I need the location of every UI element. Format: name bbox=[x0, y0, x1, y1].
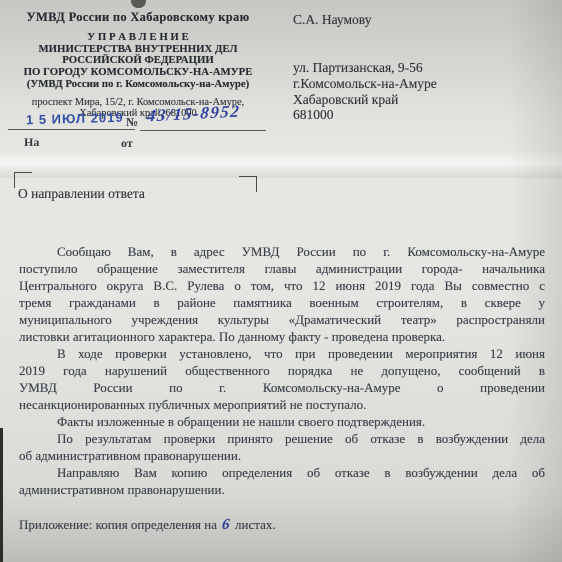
org-name-line: УМВД России по Хабаровскому краю bbox=[4, 10, 272, 25]
department-line: У П Р А В Л Е Н И Е bbox=[4, 32, 272, 44]
body-line: несанкционированных публичных мероприяти… bbox=[19, 396, 545, 413]
number-sign: № bbox=[126, 115, 138, 130]
addressee-name: С.А. Наумову bbox=[293, 12, 371, 28]
paper-fold-line bbox=[0, 150, 562, 178]
body-line: По результатам проверки принято решение … bbox=[19, 430, 545, 447]
document-page: УМВД России по Хабаровскому краю У П Р А… bbox=[0, 0, 562, 562]
body-line: Направляю Вам копию определения об отказ… bbox=[19, 464, 545, 481]
attachment-prefix: Приложение: копия определения на bbox=[19, 517, 220, 532]
body-line: Сообщаю Вам, в адрес УМВД России по г. К… bbox=[19, 243, 545, 260]
scan-edge-left bbox=[0, 428, 3, 562]
addressee-address: ул. Партизанская, 9-56 г.Комсомольск-на-… bbox=[293, 60, 437, 123]
body-line: УМВД России по г. Комсомольску-на-Амуре … bbox=[19, 379, 545, 396]
date-underline bbox=[8, 129, 135, 130]
body-line: В ходе проверки установлено, что при про… bbox=[19, 345, 545, 362]
body-line: поступило обращение заместителя главы ад… bbox=[19, 260, 545, 277]
body-line: Центрального округа В.С. Рулева о том, ч… bbox=[19, 277, 545, 294]
body-text: Сообщаю Вам, в адрес УМВД России по г. К… bbox=[19, 243, 545, 534]
body-line: административном правонарушении. bbox=[19, 481, 545, 498]
number-underline bbox=[140, 130, 266, 131]
body-line: об административном правонарушении. bbox=[19, 447, 545, 464]
ot-label: от bbox=[121, 136, 133, 151]
na-label: На bbox=[24, 135, 39, 150]
date-stamp: 1 5 ИЮЛ 2019 bbox=[26, 110, 124, 128]
addressee-address-line: Хабаровский край bbox=[293, 92, 437, 108]
addressee-address-line: 681000 bbox=[293, 107, 437, 123]
attachment-suffix: листах. bbox=[232, 517, 276, 532]
coat-of-arms-icon bbox=[131, 0, 146, 8]
body-line: 2019 года нарушений общественного порядк… bbox=[19, 362, 545, 379]
attachment-pages-handwritten: 6 bbox=[220, 517, 233, 535]
addressee-address-line: ул. Партизанская, 9-56 bbox=[293, 60, 437, 76]
attachment-line: Приложение: копия определения на 6 листа… bbox=[19, 516, 545, 534]
document-number-handwritten: 43/15-8952 bbox=[146, 101, 241, 126]
body-line: Факты изложенные в обращении не нашли св… bbox=[19, 413, 545, 430]
body-line: тремя гражданами в районе памятника воен… bbox=[19, 294, 545, 311]
department-line: (УМВД России по г. Комсомольску-на-Амуре… bbox=[4, 79, 272, 91]
subject-line: О направлении ответа bbox=[18, 186, 145, 202]
corner-bracket-right bbox=[239, 176, 257, 192]
body-line: листовки агитационного характера. По дан… bbox=[19, 328, 545, 345]
department-block: У П Р А В Л Е Н И Е МИНИСТЕРСТВА ВНУТРЕН… bbox=[4, 32, 272, 91]
body-line: муниципального учреждения культуры «Драм… bbox=[19, 311, 545, 328]
addressee-address-line: г.Комсомольск-на-Амуре bbox=[293, 76, 437, 92]
